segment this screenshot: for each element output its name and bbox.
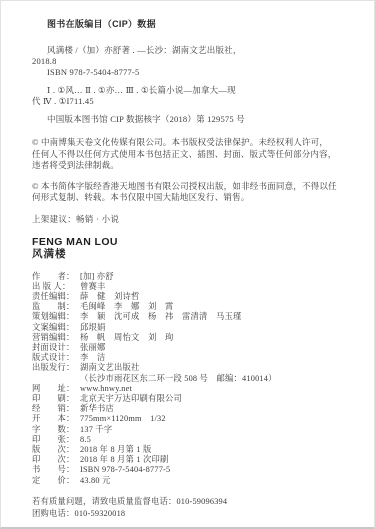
- colophon-label: 出版发行：: [32, 363, 80, 373]
- cip-record-line: ISBN 978-7-5404-8777-5: [32, 67, 356, 78]
- colophon-row-printer: 印 刷：北京天宇万达印刷有限公司: [32, 394, 356, 404]
- colophon-value: 43.80 元: [80, 476, 110, 485]
- cip-record: 风满楼 /（加）亦舒著 . —长沙：湖南文艺出版社， 2018.8 ISBN 9…: [32, 45, 356, 78]
- colophon-label: 经 销：: [32, 404, 80, 414]
- colophon-label: 版式设计：: [32, 353, 80, 363]
- colophon-label: 印 次：: [32, 455, 80, 465]
- cip-classification-line: Ⅰ . ①风… Ⅱ . ①亦… Ⅲ . ①长篇小说—加拿大—现: [32, 85, 356, 96]
- colophon-value: 2018 年 8 月第 1 次印刷: [80, 455, 168, 464]
- notice-line: 任何人不得以任何方式使用本书包括正文、插图、封面、版式等任何部分内容，: [32, 149, 356, 161]
- cip-registry: 中国版本图书馆 CIP 数据核字（2018）第 129575 号: [32, 114, 356, 125]
- colophon-value: 张丽娜: [80, 343, 106, 352]
- colophon-row-publisher-address: （长沙市雨花区东二环一段 508 号 邮编：410014）: [32, 374, 356, 384]
- colophon-row-word-count: 字 数：137 千字: [32, 425, 356, 435]
- notice-line: 违者将受到法律制裁。: [32, 160, 356, 172]
- colophon-label: 文案编辑：: [32, 323, 80, 333]
- colophon-value: 137 千字: [80, 425, 112, 434]
- colophon-label: 开 本：: [32, 414, 80, 424]
- colophon-row-website: 网 址：www.hnwy.net: [32, 384, 356, 394]
- colophon-row-isbn: 书 号：ISBN 978-7-5404-8777-5: [32, 465, 356, 475]
- colophon-label: 作 者：: [32, 272, 80, 282]
- colophon-label: 印 刷：: [32, 394, 80, 404]
- copyright-notice-2: © 本书简体字版经香港天地图书有限公司授权出版，如非经书面同意，不得以任 何形式…: [32, 181, 356, 204]
- cip-classification: Ⅰ . ①风… Ⅱ . ①亦… Ⅲ . ①长篇小说—加拿大—现 代 Ⅳ . ①I…: [32, 85, 356, 107]
- colophon-value: 8.5: [80, 435, 91, 444]
- colophon-label: 封面设计：: [32, 343, 80, 353]
- colophon-row-cover-design: 封面设计：张丽娜: [32, 343, 356, 353]
- colophon-label: 责任编辑：: [32, 292, 80, 302]
- colophon-row-marketing-editor: 营销编辑：杨 帆 周怡文 刘 珣: [32, 333, 356, 343]
- colophon-value: 新华书店: [80, 404, 114, 413]
- colophon-label: 营销编辑：: [32, 333, 80, 343]
- colophon-row-responsible-editor: 责任编辑：薛 健 刘诗哲: [32, 292, 356, 302]
- colophon-label: 网 址：: [32, 384, 80, 394]
- colophon-value: [加] 亦舒: [80, 272, 114, 281]
- colophon-row-edition: 版 次：2018 年 8 月第 1 版: [32, 445, 356, 455]
- colophon-value: www.hnwy.net: [80, 384, 132, 393]
- colophon-row-layout-design: 版式设计：李 洁: [32, 353, 356, 363]
- colophon-label: 定 价：: [32, 476, 80, 486]
- cip-record-line: 风满楼 /（加）亦舒著 . —长沙：湖南文艺出版社，: [32, 45, 356, 56]
- colophon-value: ISBN 978-7-5404-8777-5: [80, 465, 170, 474]
- copyright-notice-1: © 中南博集天卷文化传媒有限公司。本书版权受法律保护。未经权利人许可， 任何人不…: [32, 137, 356, 172]
- colophon-value: （长沙市雨花区东二环一段 508 号 邮编：410014）: [80, 374, 277, 383]
- colophon-row-printing: 印 次：2018 年 8 月第 1 次印刷: [32, 455, 356, 465]
- colophon-label: 印 张：: [32, 435, 80, 445]
- colophon-label: 策划编辑：: [32, 312, 80, 322]
- colophon-row-planning-editor: 策划编辑：李 颖 沈可成 杨 祎 雷清清 马玉瑾: [32, 312, 356, 322]
- colophon: 作 者：[加] 亦舒 出 版 人：曾赛丰 责任编辑：薛 健 刘诗哲 监 制：毛闽…: [32, 272, 356, 486]
- colophon-label: 字 数：: [32, 425, 80, 435]
- cip-heading: 图书在版编目（CIP）数据: [32, 19, 356, 29]
- colophon-value: 李 洁: [80, 353, 106, 362]
- notice-line: © 中南博集天卷文化传媒有限公司。本书版权受法律保护。未经权利人许可，: [32, 137, 356, 149]
- group-purchase-line: 团购电话：010-59320018: [32, 508, 356, 521]
- colophon-value: 北京天宇万达印刷有限公司: [80, 394, 182, 403]
- colophon-row-author: 作 者：[加] 亦舒: [32, 272, 356, 282]
- book-title-pinyin: FENG MAN LOU: [32, 236, 356, 248]
- colophon-row-publisher: 出版发行：湖南文艺出版社: [32, 363, 356, 373]
- book-title: FENG MAN LOU 风满楼: [32, 236, 356, 261]
- cip-classification-line: 代 Ⅳ . ①I711.45: [32, 96, 356, 107]
- quality-hotline: 若有质量问题，请致电质量监督电话：010-59096394 团购电话：010-5…: [32, 496, 356, 521]
- page-body: 图书在版编目（CIP）数据 风满楼 /（加）亦舒著 . —长沙：湖南文艺出版社，…: [1, 1, 374, 527]
- colophon-value: 2018 年 8 月第 1 版: [80, 445, 151, 454]
- notice-line: 何形式复制、转载。本书仅限中国大陆地区发行、销售。: [32, 192, 356, 204]
- colophon-label: 版 次：: [32, 445, 80, 455]
- colophon-row-supervisor: 监 制：毛闽峰 李 娜 刘 霄: [32, 302, 356, 312]
- colophon-value: 薛 健 刘诗哲: [80, 292, 139, 301]
- book-title-chinese: 风满楼: [32, 248, 356, 261]
- colophon-row-format: 开 本：775mm×1120mm 1/32: [32, 414, 356, 424]
- colophon-row-publisher-person: 出 版 人：曾赛丰: [32, 282, 356, 292]
- colophon-value: 杨 帆 周怡文 刘 珣: [80, 333, 173, 342]
- colophon-label: 出 版 人：: [32, 282, 80, 292]
- colophon-value: 毛闽峰 李 娜 刘 霄: [80, 302, 173, 311]
- colophon-row-distributor: 经 销：新华书店: [32, 404, 356, 414]
- colophon-value: 775mm×1120mm 1/32: [80, 414, 166, 423]
- colophon-row-copy-editor: 文案编辑：邱垠娟: [32, 323, 356, 333]
- cip-record-line: 2018.8: [32, 56, 356, 67]
- copyright-page: { "page": { "cip": { "heading": "图书在版编目（…: [0, 0, 375, 529]
- colophon-label: 书 号：: [32, 465, 80, 475]
- colophon-value: 邱垠娟: [80, 323, 106, 332]
- shelf-suggestion: 上架建议：畅销 · 小说: [32, 214, 356, 225]
- colophon-label: 监 制：: [32, 302, 80, 312]
- colophon-value: 李 颖 沈可成 杨 祎 雷清清 马玉瑾: [80, 312, 241, 321]
- colophon-value: 湖南文艺出版社: [80, 363, 139, 372]
- quality-hotline-line: 若有质量问题，请致电质量监督电话：010-59096394: [32, 496, 356, 509]
- colophon-row-price: 定 价：43.80 元: [32, 476, 356, 486]
- cip-registry-line: 中国版本图书馆 CIP 数据核字（2018）第 129575 号: [32, 114, 356, 125]
- colophon-value: 曾赛丰: [80, 282, 106, 291]
- colophon-row-sheets: 印 张：8.5: [32, 435, 356, 445]
- notice-line: © 本书简体字版经香港天地图书有限公司授权出版，如非经书面同意，不得以任: [32, 181, 356, 193]
